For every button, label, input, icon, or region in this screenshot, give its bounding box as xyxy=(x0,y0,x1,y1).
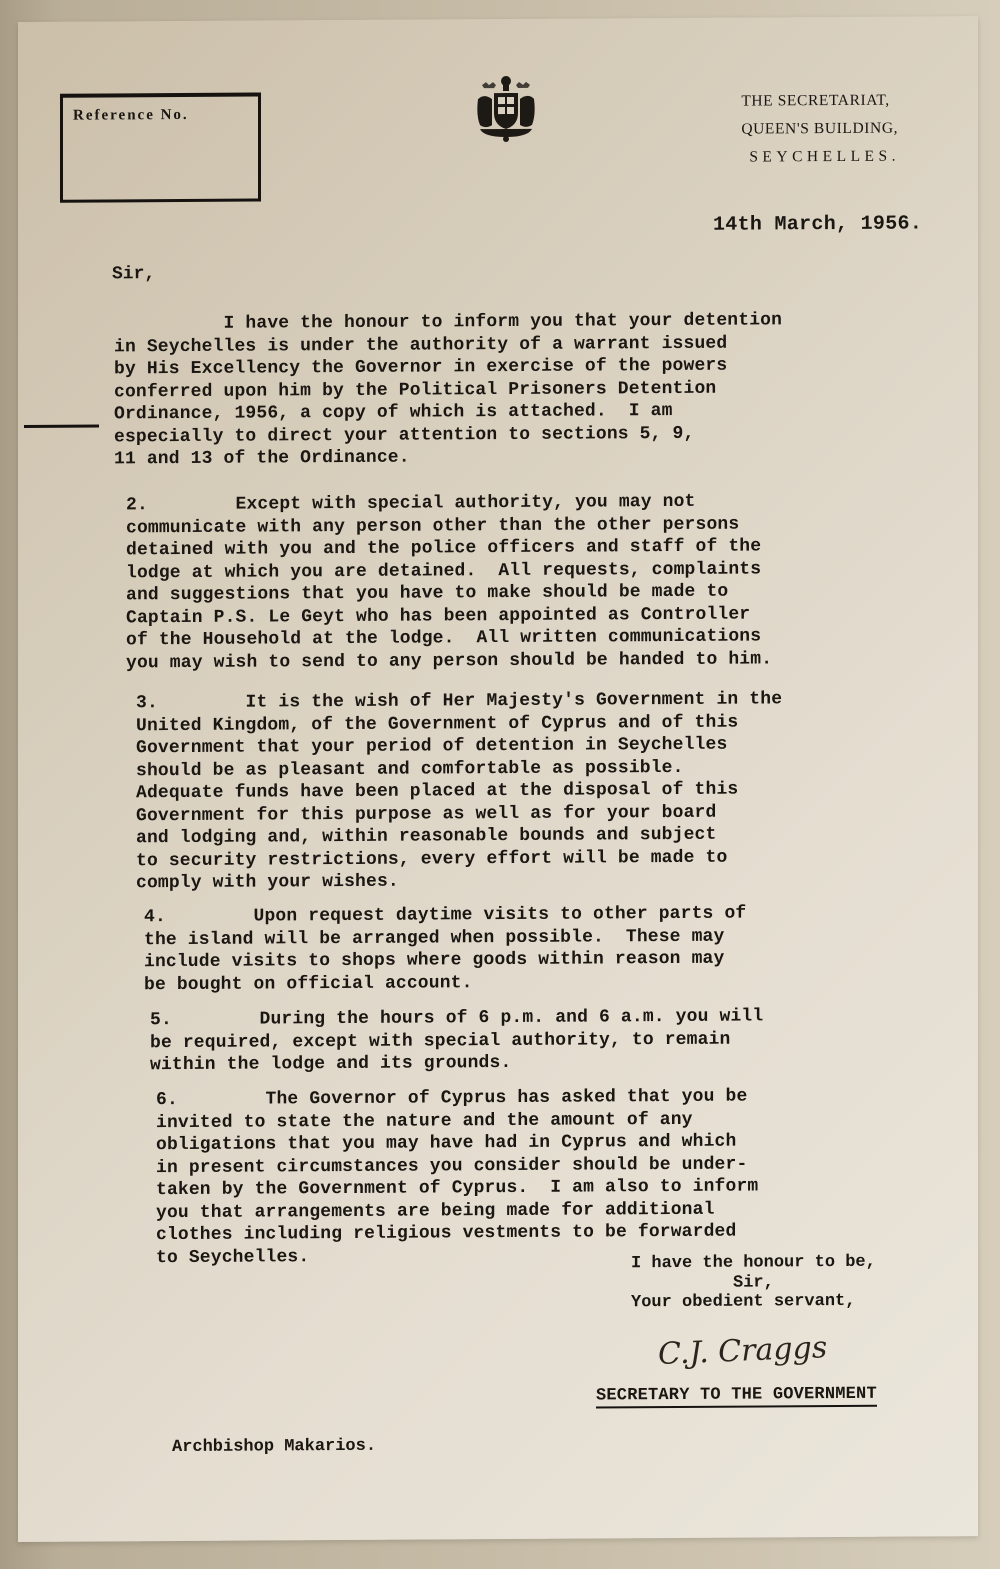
text-line: within the lodge and its grounds. xyxy=(150,1050,763,1076)
text-line: especially to direct your attention to s… xyxy=(114,422,782,449)
text-line: clothes including religious vestments to… xyxy=(156,1220,758,1246)
text-line: and suggestions that you have to make sh… xyxy=(126,580,772,606)
text-line: comply with your wishes. xyxy=(136,868,782,894)
signature: C.J. Craggs xyxy=(657,1330,827,1372)
text-line: and lodging and, within reasonable bound… xyxy=(136,823,782,849)
text-line: 2. Except with special authority, you ma… xyxy=(126,490,772,516)
paragraph-6: 6. The Governor of Cyprus has asked that… xyxy=(156,1085,758,1269)
text-line: taken by the Government of Cyprus. I am … xyxy=(156,1175,758,1201)
salutation: Sir, xyxy=(112,264,155,284)
signatory-title: SECRETARY TO THE GOVERNMENT xyxy=(596,1385,877,1409)
text-line: 4. Upon request daytime visits to other … xyxy=(144,903,746,929)
text-line: 5. During the hours of 6 p.m. and 6 a.m.… xyxy=(150,1005,763,1031)
paragraph-4: 4. Upon request daytime visits to other … xyxy=(144,903,746,997)
closing-line: Your obedient servant, xyxy=(631,1292,876,1313)
address-line: SEYCHELLES. xyxy=(741,143,900,172)
text-line: of the Household at the lodge. All writt… xyxy=(126,625,772,651)
text-line: by His Excellency the Governor in exerci… xyxy=(114,354,782,381)
recipient-name: Archbishop Makarios. xyxy=(172,1437,376,1457)
text-line: you may wish to send to any person shoul… xyxy=(126,648,772,674)
closing-line: I have the honour to be, xyxy=(631,1253,876,1274)
complimentary-close: I have the honour to be, Sir,Your obedie… xyxy=(631,1253,876,1313)
text-line: Government that your period of detention… xyxy=(136,733,782,759)
text-line: detained with you and the police officer… xyxy=(126,535,772,561)
text-line: 11 and 13 of the Ordinance. xyxy=(114,444,782,471)
sender-address: THE SECRETARIAT, QUEEN'S BUILDING, SEYCH… xyxy=(741,87,900,172)
text-line: I have the honour to inform you that you… xyxy=(114,309,782,336)
paragraph-1: I have the honour to inform you that you… xyxy=(114,309,782,471)
letter-date: 14th March, 1956. xyxy=(713,212,922,236)
letter-page: Reference No. THE SECRETARIAT, QUEEN'S B… xyxy=(18,16,978,1542)
address-line: THE SECRETARIAT, xyxy=(741,87,900,116)
text-line: 3. It is the wish of Her Majesty's Gover… xyxy=(136,688,782,714)
paragraph-5: 5. During the hours of 6 p.m. and 6 a.m.… xyxy=(150,1005,763,1076)
text-line: to security restrictions, every effort w… xyxy=(136,846,782,872)
royal-crest-icon xyxy=(470,71,542,143)
text-line: conferred upon him by the Political Pris… xyxy=(114,377,782,404)
text-line: Adequate funds have been placed at the d… xyxy=(136,778,782,804)
reference-label: Reference No. xyxy=(73,107,189,125)
reference-number-box: Reference No. xyxy=(60,93,261,203)
paragraph-3: 3. It is the wish of Her Majesty's Gover… xyxy=(136,688,782,894)
text-line: obligations that you may have had in Cyp… xyxy=(156,1130,758,1156)
paragraph-2: 2. Except with special authority, you ma… xyxy=(126,490,772,674)
text-line: include visits to shops where goods with… xyxy=(144,948,746,974)
address-line: QUEEN'S BUILDING, xyxy=(741,115,900,144)
margin-rule xyxy=(24,425,99,428)
closing-line: Sir, xyxy=(631,1272,876,1293)
text-line: be bought on official account. xyxy=(144,970,746,996)
text-line: 6. The Governor of Cyprus has asked that… xyxy=(156,1085,758,1111)
text-line: be required, except with special authori… xyxy=(150,1028,763,1054)
